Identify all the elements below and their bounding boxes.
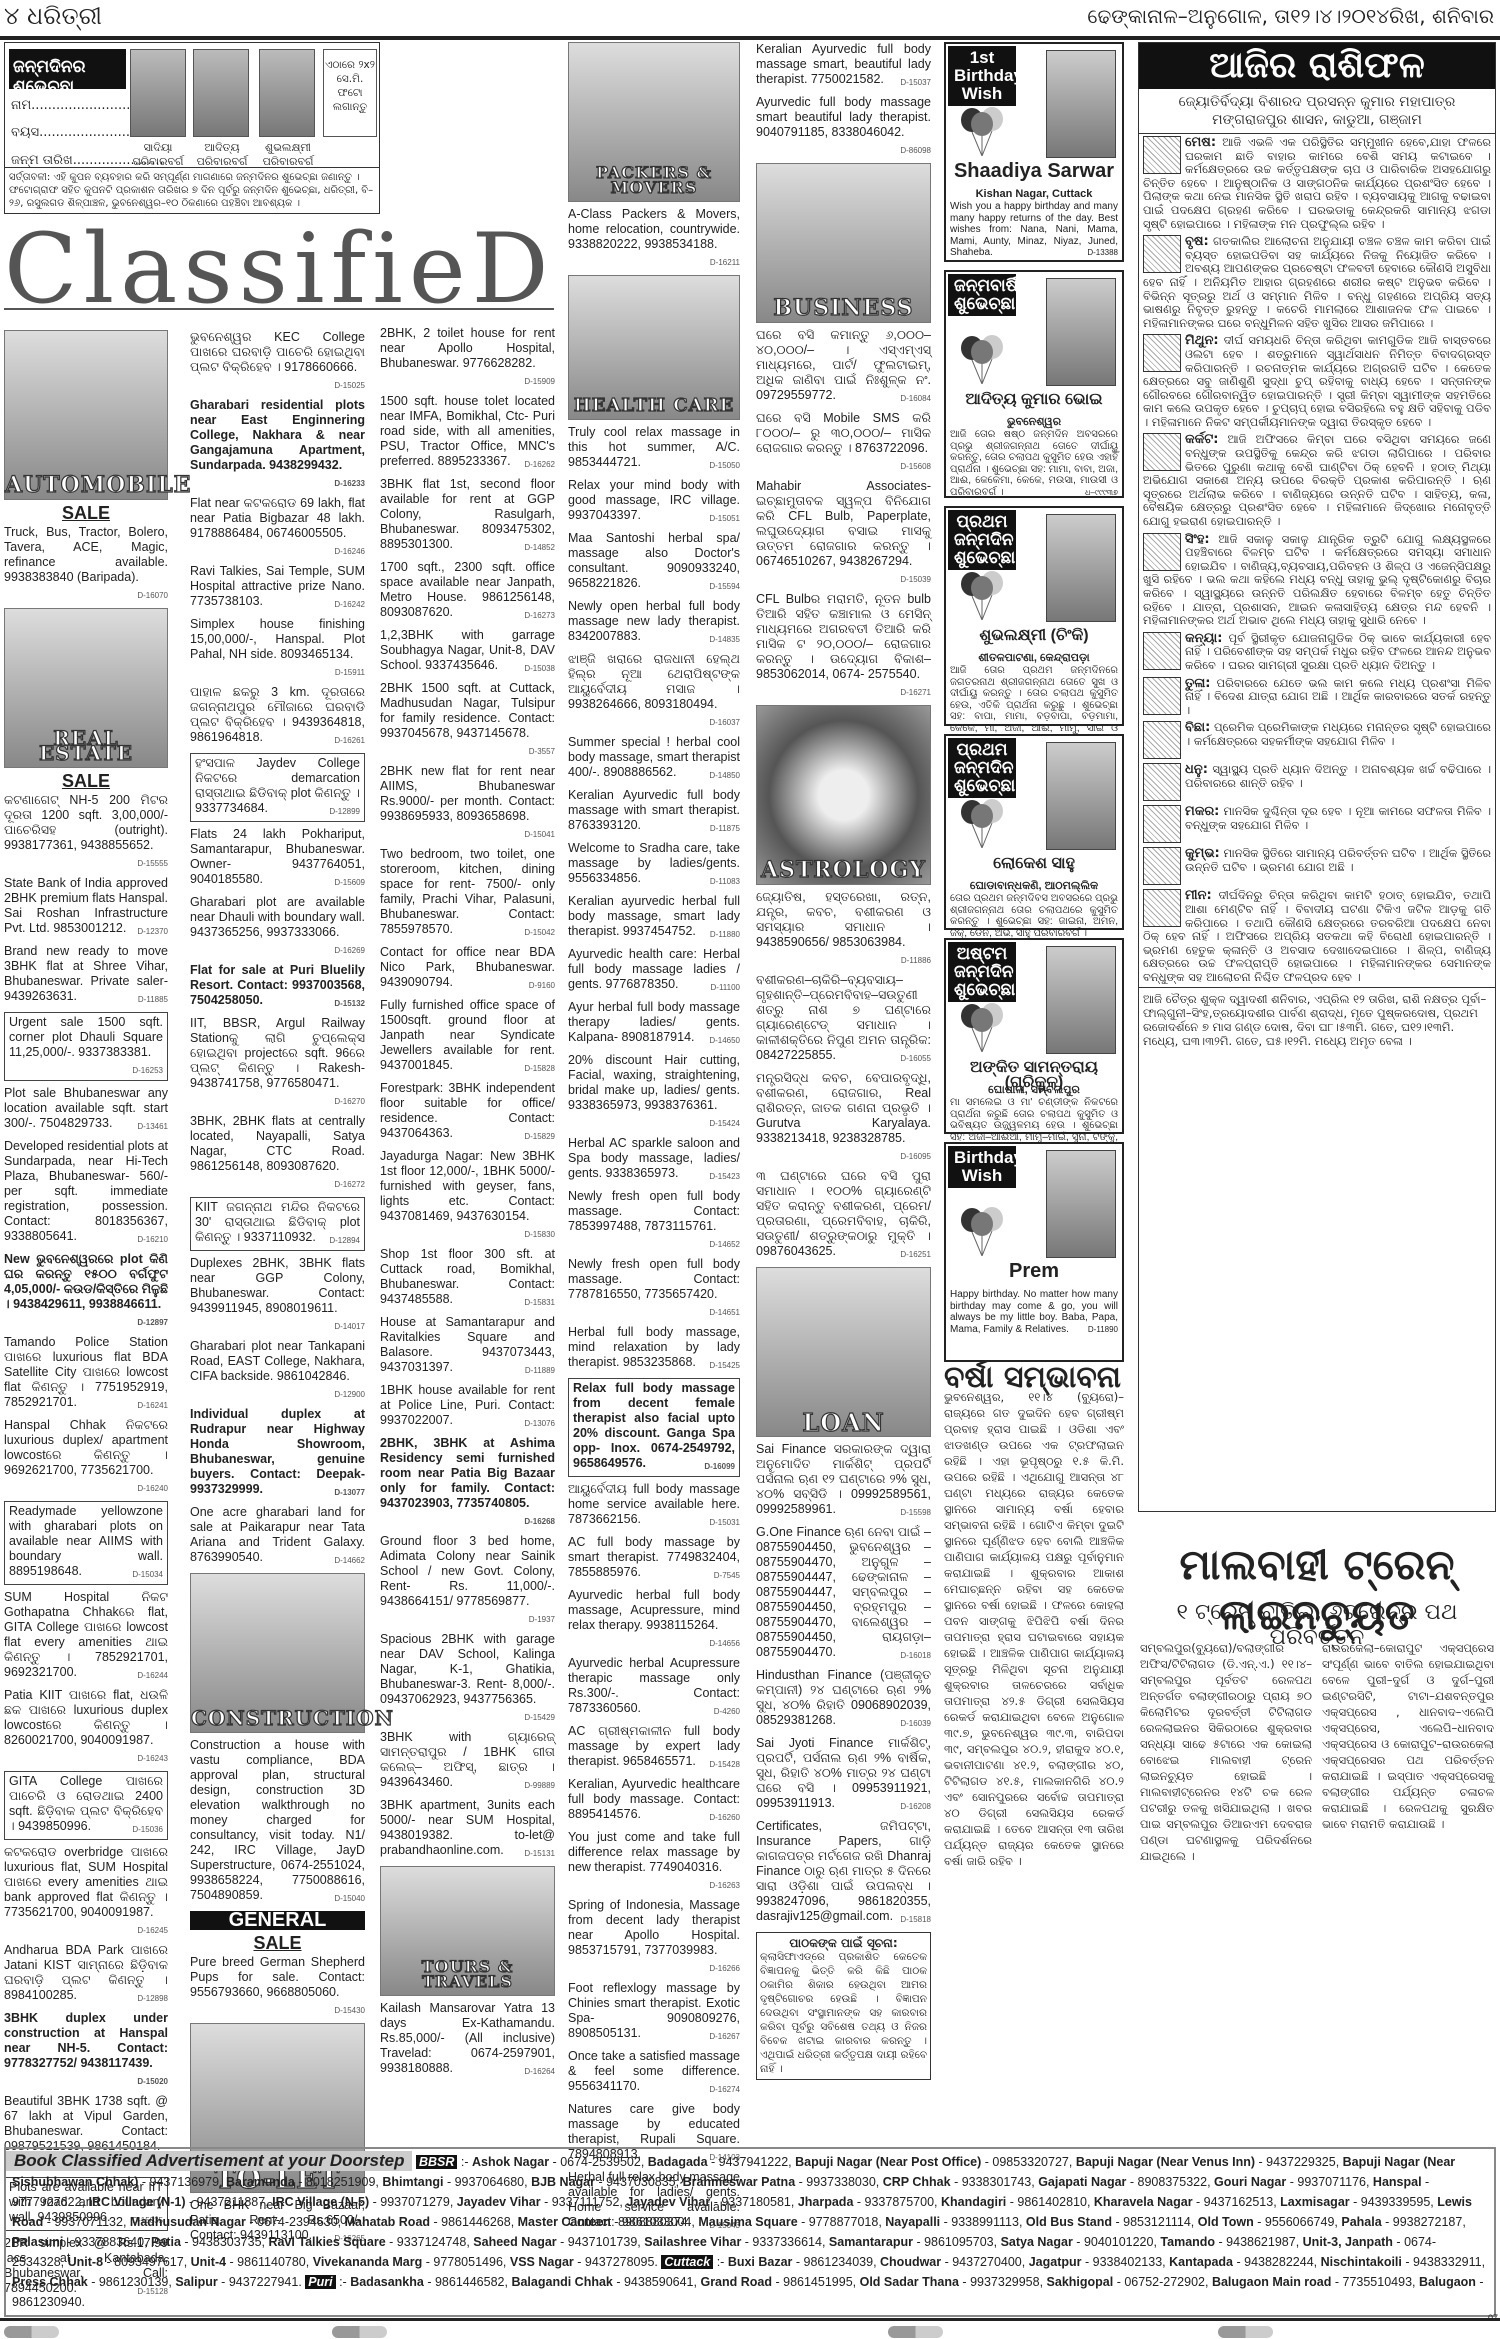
ad-code: D-12370 bbox=[137, 924, 168, 939]
ad-code: D-4260 bbox=[714, 1704, 740, 1719]
registration-mark bbox=[888, 2326, 943, 2338]
zodiac-sign-icon bbox=[1143, 763, 1181, 801]
ad-code: D-13461 bbox=[137, 1119, 168, 1134]
classified-ad: 2BHK 1500 sqft. at Cuttack, Madhusudan N… bbox=[380, 681, 555, 759]
child-photo bbox=[1046, 946, 1116, 1054]
classified-ad: ୩ ଘଣ୍ଟାରେ ଘରେ ବସି ପୁରା ସମାଧାନ । ୧୦୦% ଗ୍ୟ… bbox=[756, 1169, 931, 1262]
ad-code: D-15818 bbox=[900, 1912, 931, 1927]
zodiac-sign-icon bbox=[1143, 889, 1181, 927]
weather-body: ଭୁବନେଶ୍ୱର, ୧୧।୪ (ବ୍ୟୁରୋ)– ରାଜ୍ୟରେ ଗତ ଦୁଇ… bbox=[944, 1389, 1124, 1869]
classified-ad: Pure breed German Shepherd Pups for sale… bbox=[190, 1955, 365, 2018]
classified-ad: New ଭୁବନେଶ୍ୱରରେ plot କିଣି ଘର କରନ୍ତୁ ୧୫୦୦… bbox=[4, 1252, 168, 1330]
wish-tag: ପ୍ରଥମ ଜନ୍ମଦିନ ଶୁଭେଚ୍ଛା bbox=[948, 510, 1016, 570]
real-estate-image: REAL ESTATE bbox=[4, 608, 168, 768]
classified-ad: Truly cool relax massage in this hot sum… bbox=[568, 425, 740, 473]
zodiac-text: ଆଜି ସକାଳୁ ସକାଳୁ ଯାନ୍ତ୍ରିକ ତ୍ରୁଟି ଯୋଗୁ ଲକ… bbox=[1143, 532, 1491, 628]
registration-mark bbox=[4, 2326, 59, 2338]
classified-ad: GITA College ପାଖରେ ପାଚେରି ଓ ରୋଡଥାଇ 2400 … bbox=[4, 1771, 168, 1840]
classified-ad: 3BHK with ଗ୍ୟାରେଜ୍ ସାମନ୍ତରାପୁର / 1BHK ଗୀ… bbox=[380, 1730, 555, 1793]
ad-code: D-15131 bbox=[524, 1846, 555, 1861]
booking-office: Old Sadar Thana - 9937329958, bbox=[860, 2275, 1047, 2289]
ad-code: D-9160 bbox=[529, 978, 555, 993]
ad-code: D-15609 bbox=[334, 875, 365, 890]
child-photo bbox=[1046, 50, 1116, 158]
classified-ad: Ayurvedic health care: Herbal full body … bbox=[568, 947, 740, 995]
classified-ad: ପାହାଳ ଛକରୁ 3 km. ଦୂରତାରେ ଜଗନ୍ନାଥପୁର ମୌଜା… bbox=[190, 685, 365, 748]
child-place: ଘୋଡାବାନ୍ଧକଣି, ଆଠମଲ୍ଲିକ bbox=[946, 879, 1122, 894]
classified-ad: Herbal full body massage, mind relaxatio… bbox=[568, 1325, 740, 1373]
ad-code: D-11083 bbox=[710, 874, 740, 889]
wish-tag: Birthday Wish bbox=[948, 1146, 1016, 1188]
classified-ad: କଟଣାଗେଟ୍ NH-5 200 ମିଟର ଦୂରତା 1200 sqft. … bbox=[4, 793, 168, 871]
ad-code: D-11880 bbox=[710, 927, 740, 942]
ad-code: D-15020 bbox=[137, 2074, 168, 2089]
ad-code: D-15051 bbox=[709, 511, 740, 526]
booking-office: Old Town - 9556066749, bbox=[1198, 2215, 1342, 2229]
booking-office: Mahatab Road - 9861446268, bbox=[345, 2215, 518, 2229]
classified-ad: Construction a house with vastu complian… bbox=[190, 1738, 365, 1906]
zodiac-entry: କର୍କଟ: ଆଜି ଅଫିସରେ କିମ୍ବା ଘରେ ବସିଥିବା ସମୟ… bbox=[1139, 431, 1495, 530]
booking-office: Old Bus Stand - 9853121114, bbox=[1026, 2215, 1198, 2229]
child-photo bbox=[1046, 742, 1116, 850]
registration-mark bbox=[1218, 2326, 1273, 2338]
classified-ad: Keralian, Ayurvedic healthcare full body… bbox=[568, 1777, 740, 1825]
booking-office: VSS Nagar - 9437278095. bbox=[510, 2255, 662, 2269]
wish-tag: ପ୍ରଥମ ଜନ୍ମଦିନ ଶୁଭେଚ୍ଛା bbox=[948, 738, 1016, 798]
booking-office: Nischintakoili - 9438332911, bbox=[1321, 2255, 1485, 2269]
ad-code: D-16273 bbox=[524, 608, 555, 623]
classified-ad: Mahabir Associates- ଇଚ୍ଛାମୁତାବକ ସ୍ୱଳ୍ପ ବ… bbox=[756, 479, 931, 587]
booking-office: Kharavela Nagar - 9437162513, bbox=[1094, 2195, 1280, 2209]
ad-code: D-14850 bbox=[709, 768, 740, 783]
classified-ad: Certificates, ଜମିପଟ୍ଟା, Insurance Papers… bbox=[756, 1819, 931, 1927]
ad-code: D-16253 bbox=[132, 1063, 163, 1078]
booking-office: Khandagiri - 9861402810, bbox=[941, 2195, 1094, 2209]
wish-tag: 1st Birthday Wish bbox=[948, 46, 1016, 106]
ad-code: D-15042 bbox=[524, 925, 555, 940]
wish-message: ଆଜି ତୋର ଷଷ୍ଠ ଜନ୍ମଦିନ ଅବସରରେ ପ୍ରଭୁ ଶ୍ରୀଜଗ… bbox=[950, 429, 1118, 498]
birthday-wish-card: Birthday WishPremHappy birthday. No matt… bbox=[944, 1142, 1124, 1362]
child-name: ଶୁଭଲକ୍ଷ୍ମୀ (ଚିଂକି) bbox=[946, 628, 1122, 643]
loan-label: LOAN bbox=[757, 1415, 930, 1430]
classified-ad: Spacious 2BHK with garage near DAV Schoo… bbox=[380, 1632, 555, 1725]
panchang: ଆଜି ଚୈତ୍ର ଶୁକ୍ଳ ଦ୍ୱାଦଶୀ ଶନିବାର, ଏପ୍ରିଲ ୧… bbox=[1139, 987, 1495, 1052]
ad-code: D-16099 bbox=[704, 1459, 735, 1474]
classified-ad: 2BHK, 2 toilet house for rent near Apoll… bbox=[380, 326, 555, 389]
classified-ad: Truck, Bus, Tractor, Bolero, Tavera, ACE… bbox=[4, 525, 168, 603]
rashifal-author: ଜ୍ୟୋତିର୍ବିଦ୍ୟା ବିଶାରଦ ପ୍ରସନ୍ନ କୁମାର ମହାପ… bbox=[1139, 89, 1495, 134]
booking-office: Jharpada - 9337875700, bbox=[798, 2195, 941, 2209]
booking-office: Madhusudan Nagar - 0674-2394630, bbox=[130, 2215, 345, 2229]
classified-ad: Contact for office near BDA Nico Park, B… bbox=[380, 945, 555, 993]
classified-ad: AC full body massage by smart therapist.… bbox=[568, 1535, 740, 1583]
ad-code: D-14651 bbox=[709, 1305, 740, 1320]
child-name: Prem bbox=[946, 1264, 1122, 1279]
ad-code: D-15829 bbox=[524, 1129, 555, 1144]
city-label: Cuttack bbox=[661, 2255, 713, 2269]
ad-code: D-15828 bbox=[524, 1061, 555, 1076]
ad-code: D-14652 bbox=[709, 1237, 740, 1252]
ad-code: D-16208 bbox=[900, 1799, 931, 1814]
train-news-col-b: ରାଉରକେଲା–କୋରାପୁଟ ଏକ୍ସପ୍ରେସ ସଂପୂର୍ଣ୍ଣ ଭାବ… bbox=[1322, 1640, 1494, 1832]
real-estate-label: REAL ESTATE bbox=[5, 731, 167, 761]
classified-ad: Hanspal Chhak ନିକଟରେ luxurious duplex/ a… bbox=[4, 1418, 168, 1496]
child-place: ଶୀତଳପାଟଣା, କେନ୍ଦ୍ରାପଡ଼ା bbox=[946, 651, 1122, 666]
ad-code: D-16261 bbox=[334, 733, 365, 748]
booking-office: Badasankha - 9861446582, bbox=[350, 2275, 511, 2289]
classified-ad: 1500 sqft. house tolet located near IMFA… bbox=[380, 394, 555, 472]
ad-code: D-16084 bbox=[900, 391, 931, 406]
classified-ad: 3BHK flat 1st, second floor available fo… bbox=[380, 477, 555, 555]
zodiac-sign-icon bbox=[1143, 334, 1181, 372]
ad-code: D-14662 bbox=[334, 1553, 365, 1568]
birthday-wish-card: ପ୍ରଥମ ଜନ୍ମଦିନ ଶୁଭେଚ୍ଛାଲୋକେଶ ସାହୁଘୋଡାବାନ୍… bbox=[944, 734, 1124, 930]
column-health-care: PACKERS & MOVERS A-Class Packers & Mover… bbox=[568, 42, 740, 2238]
ad-code: D-15038 bbox=[524, 661, 555, 676]
reader-notice: ପାଠକଙ୍କ ପାଇଁ ସୂଚନା: କ୍ଲାସିଫାଏଡ୍‌ରେ ପ୍ରକା… bbox=[756, 1932, 931, 2080]
zodiac-text: ଆଜି ଏଭଳି ଏକ ପରିସ୍ଥିତିର ସମ୍ମୁଖୀନ ହେବେ,ଯାହ… bbox=[1143, 135, 1491, 231]
classified-ad: Flat for sale at Puri Bluelily Resort. C… bbox=[190, 963, 365, 1011]
ad-code: D-16243 bbox=[137, 1751, 168, 1766]
ad-code: D-16270 bbox=[334, 1094, 365, 1109]
page-label: ୪ ଧରିତ୍ରୀ bbox=[4, 2, 102, 30]
zodiac-text: ଦୀର୍ଘ ସମୟଧରି ଚିନ୍ତା କରିଥିବା କାମଗୁଡିକ ଆଜି… bbox=[1143, 333, 1491, 429]
construction-image: CONSTRUCTION bbox=[190, 1573, 365, 1733]
booking-office: Pahala - 9938272187, bbox=[1341, 2215, 1465, 2229]
ad-code: D-16274 bbox=[709, 2082, 740, 2097]
classified-ad: Simplex house finishing 15,00,000/-, Han… bbox=[190, 617, 365, 680]
booking-office: Grand Road - 9861451995, bbox=[700, 2275, 859, 2289]
booking-office: Bapuji Nagar (Near Post Office) - 098533… bbox=[795, 2155, 1076, 2169]
ad-code: D-15034 bbox=[132, 1567, 163, 1582]
ad-code: D-15429 bbox=[524, 1710, 555, 1725]
sale-heading: SALE bbox=[4, 774, 168, 789]
classified-ad: Tamando Police Station ପାଖରେ luxurious f… bbox=[4, 1335, 168, 1413]
child-name: ଆଦିତ୍ୟ କୁମାର ଭୋଇ bbox=[946, 392, 1122, 407]
booking-office: Ashok Nagar - 0674-2539502, bbox=[472, 2155, 648, 2169]
booking-office: Balagandi Chhak - 9438590641, bbox=[511, 2275, 700, 2289]
zodiac-text: ଦୀର୍ଘଦିନରୁ ଚିନ୍ତା କରିଥିବା କାମଟି ହଠାତ୍ ହୋ… bbox=[1143, 888, 1491, 984]
classified-ad: 2BHK, 3BHK at Ashima Residency semi furn… bbox=[380, 1436, 555, 1529]
classified-ad: 2BHK new flat for rent near AIIMS, Bhuba… bbox=[380, 764, 555, 842]
booking-office: Bhimtangi - 9937064680, bbox=[382, 2175, 531, 2189]
classified-ad: 3BHK apartment, 3units each 5000/- near … bbox=[380, 1798, 555, 1861]
booking-office: Mausima Square - 9778877018, bbox=[698, 2215, 885, 2229]
booking-office: Palasuni - 9337883640, bbox=[12, 2235, 151, 2249]
balloons-icon bbox=[958, 334, 1008, 384]
ad-code: D-86098 bbox=[900, 143, 931, 158]
classified-ad: Keralian Ayurvedic full body massage sma… bbox=[756, 42, 931, 90]
automobile-label: AUTOMOBILE bbox=[5, 478, 167, 493]
ad-code: D-16268 bbox=[524, 1514, 555, 1529]
booking-footer: Book Classified Advertisement at your Do… bbox=[4, 2147, 1496, 2317]
rashifal-box: ଆଜିର ରାଶିଫଳ ଜ୍ୟୋତିର୍ବିଦ୍ୟା ବିଶାରଦ ପ୍ରସନ୍… bbox=[1138, 42, 1496, 1512]
booking-office: Jayadev Vihar - 9337180581, bbox=[626, 2195, 797, 2209]
birthday-coupon: ଜନ୍ମଦିନର ଶୁଭେଚ୍ଛା ନାମ...................… bbox=[4, 42, 380, 214]
zodiac-entry: ମିଥୁନ: ଦୀର୍ଘ ସମୟଧରି ଚିନ୍ତା କରିଥିବା କାମଗୁ… bbox=[1139, 332, 1495, 431]
train-news-col-a: ସମ୍ବଲପୁର(ବ୍ୟୁରୋ)/ବଲାଙ୍ଗୀର ଅଫିସ/ଟିଟିଲାଗଡ … bbox=[1140, 1640, 1312, 1864]
zodiac-sign-icon bbox=[1143, 235, 1181, 273]
booking-office: Samantarapur - 9861095703, bbox=[829, 2235, 1001, 2249]
caption-name: ଆଦିତ୍ୟ bbox=[189, 141, 255, 155]
balloons-icon bbox=[958, 106, 1008, 156]
bottom-rule bbox=[0, 2318, 1500, 2321]
booking-office: Sakhigopal - 06752-272902, bbox=[1047, 2275, 1212, 2289]
photo-placeholder: ଏଠାରେ ୨x୨ ସେ.ମି. ଫଟୋ ଲଗାନ୍ତୁ bbox=[323, 49, 377, 137]
zodiac-entry: କୁମ୍ଭ: ମାନସିକ ସ୍ଥିତିରେ ସାମାନ୍ୟ ପରିବର୍ତ୍ତ… bbox=[1139, 845, 1495, 887]
zodiac-text: ଗତକାଲିର ଆଲୋଚନା ଅନୁଯାୟୀ ଚଞ୍ଚଳ ଚଞ୍ଚଳ କାମ କ… bbox=[1143, 234, 1491, 330]
classified-ad: Keralian ayurvedic herbal full body mass… bbox=[568, 894, 740, 942]
ad-code: D-15608 bbox=[900, 459, 931, 474]
classified-ad: Herbal AC sparkle saloon and Spa body ma… bbox=[568, 1136, 740, 1184]
packers-movers-label: PACKERS & MOVERS bbox=[569, 165, 739, 195]
ad-code: D-16266 bbox=[709, 1961, 740, 1976]
classified-ad: Gharabari residential plots near East En… bbox=[190, 398, 365, 491]
classified-ad: AC ଗ୍ରୀଷ୍ମକାଳୀନ full body massage by exp… bbox=[568, 1724, 740, 1772]
photo-sadiya bbox=[130, 49, 186, 137]
business-label: BUSINESS bbox=[757, 301, 930, 316]
ad-code: D-16037 bbox=[709, 715, 740, 730]
ad-code: D-11100 bbox=[711, 980, 741, 995]
classified-ad: ଭୁବନେଶ୍ୱର KEC College ପାଖରେ ଘରବାଡ଼ି ପାଚେ… bbox=[190, 330, 365, 393]
ad-code: D-16263 bbox=[709, 1878, 740, 1893]
classified-ad: Brand new ready to move 3BHK flat at Shr… bbox=[4, 944, 168, 1007]
ad-code: D-16269 bbox=[334, 943, 365, 958]
child-photo bbox=[1046, 278, 1116, 386]
masthead-rule bbox=[0, 36, 1500, 40]
classified-ad: Newly open herbal full body massage new … bbox=[568, 599, 740, 647]
balloons-icon bbox=[958, 1002, 1008, 1052]
caption-name: ଶୁଭଲକ୍ଷ୍ମୀ bbox=[255, 141, 321, 155]
classified-ad: ଆୟୁର୍ବେଦୀୟ full body massage home servic… bbox=[568, 1482, 740, 1530]
weather-headline: ବର୍ଷା ସମ୍ଭାବନା bbox=[944, 1370, 1124, 1385]
ad-code: D-11886 bbox=[901, 953, 931, 968]
ad-code: D-3557 bbox=[529, 744, 555, 759]
booking-office: Salipur - 9437227941. bbox=[175, 2275, 305, 2289]
classified-ad: House at Samantarapur and Ravitalkies Sq… bbox=[380, 1315, 555, 1378]
ad-code: D-12899 bbox=[329, 804, 360, 819]
ad-code: D-15031 bbox=[709, 1515, 740, 1530]
booking-office: Choudwar - 9437270400, bbox=[880, 2255, 1029, 2269]
ad-code: D-15911 bbox=[335, 665, 365, 680]
booking-office: Badagada - 9437941222, bbox=[648, 2155, 795, 2169]
classified-ad: Plot sale Bhubaneswar any location avail… bbox=[4, 1086, 168, 1134]
ad-code: D-16055 bbox=[900, 1051, 931, 1066]
general-heading: GENERAL bbox=[190, 1911, 365, 1930]
ad-code: D-13076 bbox=[524, 1416, 555, 1431]
booking-office: Kantapada - 9438282244, bbox=[1169, 2255, 1321, 2269]
ad-code: D-16246 bbox=[334, 544, 365, 559]
classified-ad: Relax your mind body with good massage, … bbox=[568, 478, 740, 526]
ad-code: D-11875 bbox=[710, 821, 740, 836]
astrology-label: ASTROLOGY bbox=[757, 863, 930, 878]
classified-ad: Gharabari plot near Tankapani Road, EAST… bbox=[190, 1339, 365, 1402]
ad-code: D-16245 bbox=[137, 1923, 168, 1938]
classified-ad: Ayurvedic full body massage smart beauti… bbox=[756, 95, 931, 158]
booking-office: BJB Nagar - 9437030835, bbox=[531, 2175, 683, 2189]
zodiac-entry: ମକର: ମାନସିକ ଦୁଶ୍ଚିନ୍ତା ଦୂର ହେବ । ନୂଆ କାମ… bbox=[1139, 803, 1495, 845]
booking-office: Sailashree Vihar - 9337336614, bbox=[644, 2235, 829, 2249]
ad-code: D-11889 bbox=[525, 1363, 555, 1378]
booking-office: Satya Nagar - 9040101220, bbox=[1001, 2235, 1161, 2249]
booking-office: Buxi Bazar - 9861234039, bbox=[728, 2255, 880, 2269]
booking-office: Bapuji Nagar (Near Venus Inn) - 94372293… bbox=[1076, 2155, 1343, 2169]
balloons-icon bbox=[958, 570, 1008, 620]
column-birthday-wishes: 1st Birthday WishShaadiya SarwarKishan N… bbox=[944, 42, 1124, 1869]
city-label: BBSR bbox=[416, 2155, 457, 2169]
classified-ad: Newly fresh open full body massage. Cont… bbox=[568, 1189, 740, 1252]
page-number: 07 bbox=[1488, 2313, 1498, 2323]
classified-ad: Patia KIIT ପାଖରେ flat, ଧଉଳି ଛକ ପାଖରେ lux… bbox=[4, 1688, 168, 1766]
classified-ad: Gharabari plot are available near Dhauli… bbox=[190, 895, 365, 958]
classified-ad: ଘରେ ବସି Mobile SMS କରି ୮୦୦୦/– ରୁ ୩୦,୦୦୦/… bbox=[756, 411, 931, 474]
child-place: ଘୋଷାଳା, ସମ୍ବଲପୁର bbox=[946, 1083, 1122, 1098]
zodiac-text: ମାନସିକ ଦୁଶ୍ଚିନ୍ତା ଦୂର ହେବ । ନୂଆ କାମରେ ସଫ… bbox=[1185, 804, 1491, 832]
birthday-wish-card: ଅଷ୍ଟମ ଜନ୍ମଦିନ ଶୁଭେଚ୍ଛାଅଙ୍କିତ ସାମନ୍ତରାୟ (… bbox=[944, 938, 1124, 1134]
classified-ad: G.One Finance ଋଣ ନେବା ପାଇଁ – 08755904450… bbox=[756, 1525, 931, 1663]
classified-ad: ବଶୀକରଣ–ଚାକିରି–ବ୍ୟବସାୟ–ଗୃହଶାନ୍ତି–ପ୍ରେମବିବ… bbox=[756, 973, 931, 1066]
classified-ad: ଘରେ ବସି କମାନ୍ତୁ ୬,୦୦୦–୪୦,୦୦୦/– । ଏସ୍‌ଏମ୍… bbox=[756, 328, 931, 406]
classified-ad: Two bedroom, two toilet, one storeroom, … bbox=[380, 847, 555, 940]
ad-code: D-12900 bbox=[334, 1387, 365, 1402]
ad-code: D-99889 bbox=[524, 1778, 555, 1793]
booking-office: Unit-8 - 8093497617, bbox=[68, 2255, 191, 2269]
ad-code: D-15909 bbox=[524, 374, 555, 389]
ad-code: D-16095 bbox=[900, 1149, 931, 1164]
ad-code: D-16260 bbox=[709, 1810, 740, 1825]
classified-ad: Forestpark: 3BHK independent floor suita… bbox=[380, 1081, 555, 1144]
classified-ad: Foot reflexlogy massage by Chinies smart… bbox=[568, 1981, 740, 2044]
column-realestate-2: ଭୁବନେଶ୍ୱର KEC College ପାଖରେ ଘରବାଡ଼ି ପାଚେ… bbox=[190, 330, 365, 2251]
loan-image: LOAN bbox=[756, 1267, 931, 1437]
zodiac-sign-icon bbox=[1143, 721, 1181, 759]
tours-travels-label: TOURS & TRAVELS bbox=[381, 1959, 554, 1989]
ad-code: D-14656 bbox=[709, 1636, 740, 1651]
classified-ad: Urgent sale 1500 sqft. corner plot Dhaul… bbox=[4, 1012, 168, 1081]
zodiac-entry: ମେଷ: ଆଜି ଏଭଳି ଏକ ପରିସ୍ଥିତିର ସମ୍ମୁଖୀନ ହେବ… bbox=[1139, 134, 1495, 233]
classified-ad: KIIT ଜଗନ୍ନାଥ ମନ୍ଦିର ନିକଟରେ 30' ରାସ୍ତାଥାଇ… bbox=[190, 1197, 365, 1251]
classified-ad: ମନ୍ତ୍ରସିଦ୍ଧ କବଚ, ବେପାରବୃଦ୍ଧି, ବଶୀକରଣ, ରୋ… bbox=[756, 1071, 931, 1164]
classified-ad: Ravi Talkies, Sai Temple, SUM Hospital a… bbox=[190, 564, 365, 612]
child-photo bbox=[1046, 1150, 1116, 1258]
edition-date: ଢେଙ୍କାନାଳ–ଅନୁଗୋଳ, ତା୧୨।୪।୨୦୧୪ରିଖ, ଶନିବାର bbox=[1087, 4, 1494, 28]
classified-ad: State Bank of India approved 2BHK premiu… bbox=[4, 876, 168, 939]
zodiac-entry: ସିଂହ: ଆଜି ସକାଳୁ ସକାଳୁ ଯାନ୍ତ୍ରିକ ତ୍ରୁଟି ଯ… bbox=[1139, 531, 1495, 630]
column-automobile-realestate: AUTOMOBILE SALE Truck, Bus, Tractor, Bol… bbox=[4, 330, 168, 2304]
ad-code: D-15428 bbox=[709, 1757, 740, 1772]
classified-ad: Developed residential plots at Sundarpad… bbox=[4, 1139, 168, 1247]
ad-code: D-16242 bbox=[334, 597, 365, 612]
classified-ad: ହଂସପାଳ Jaydev College ନିକଟରେ demarcation… bbox=[190, 753, 365, 822]
wish-tag: ଜନ୍ମବାର୍ଷିକ ଶୁଭେଚ୍ଛା bbox=[948, 274, 1016, 316]
ad-code: D-16210 bbox=[137, 1232, 168, 1247]
ad-code: D-15041 bbox=[524, 827, 555, 842]
ad-code: D-15025 bbox=[334, 378, 365, 393]
sale-heading: SALE bbox=[190, 1936, 365, 1951]
registration-mark bbox=[332, 2326, 387, 2338]
booking-office: Jagatpur - 9338402133, bbox=[1029, 2255, 1169, 2269]
rashifal-title: ଆଜିର ରାଶିଫଳ bbox=[1139, 43, 1495, 89]
zodiac-text: ପ୍ରେମିକ ପ୍ରେମିକାଙ୍କ ମଧ୍ୟରେ ମନାନ୍ତର ସୃଷ୍ଟ… bbox=[1185, 720, 1491, 748]
ad-code: D-15424 bbox=[709, 1116, 740, 1131]
classified-banner: ClassifieD bbox=[4, 222, 554, 317]
zodiac-sign-icon bbox=[1143, 847, 1181, 885]
ad-code: D-15594 bbox=[709, 579, 740, 594]
ad-code: D-15555 bbox=[137, 856, 168, 871]
booking-office: Tamando - 9438621987, bbox=[1160, 2235, 1302, 2249]
zodiac-entry: ମୀନ: ଦୀର୍ଘଦିନରୁ ଚିନ୍ତା କରିଥିବା କାମଟି ହଠା… bbox=[1139, 887, 1495, 986]
wish-tag: ଅଷ୍ଟମ ଜନ୍ମଦିନ ଶୁଭେଚ୍ଛା bbox=[948, 942, 1016, 1002]
classified-ad: Jayadurga Nagar: New 3BHK 1st floor 12,0… bbox=[380, 1149, 555, 1242]
ad-code: D-16018 bbox=[900, 1648, 931, 1663]
zodiac-sign-icon bbox=[1143, 433, 1181, 471]
footer-title: Book Classified Advertisement at your Do… bbox=[6, 2151, 412, 2171]
classified-ad: You just come and take full difference r… bbox=[568, 1830, 740, 1893]
classified-ad: Andharua BDA Park ପାଖରେ Jatani KIST ସାମ୍… bbox=[4, 1943, 168, 2006]
child-name: Shaadiya Sarwar bbox=[946, 164, 1122, 179]
classified-ad: Shop 1st floor 300 sft. at Cuttack road,… bbox=[380, 1247, 555, 1310]
ad-code: D-11885 bbox=[138, 992, 168, 1007]
classified-ad: 3BHK, 2BHK flats at centrally located, N… bbox=[190, 1114, 365, 1192]
classified-ad: ଝାଞ୍ଜି ଖରାରେ ରାଜଧାନୀ ହେଲ୍ଥ ହିଲ୍‌ର ନୂଆ ଥେ… bbox=[568, 652, 740, 730]
classified-ad: Duplexes 2BHK, 3BHK flats near GGP Colon… bbox=[190, 1256, 365, 1334]
birthday-wish-card: ପ୍ରଥମ ଜନ୍ମଦିନ ଶୁଭେଚ୍ଛାଶୁଭଲକ୍ଷ୍ମୀ (ଚିଂକି)… bbox=[944, 506, 1124, 726]
classified-ad: କଟକରୋଡ overbridge ପାଖରେ luxurious flat, … bbox=[4, 1845, 168, 1938]
booking-office: Jayadev Vihar - 9337111752, bbox=[457, 2195, 627, 2209]
ad-code: D-15036 bbox=[132, 1822, 163, 1837]
notice-title: ପାଠକଙ୍କ ପାଇଁ ସୂଚନା: bbox=[760, 1936, 927, 1950]
ad-code: D-15050 bbox=[709, 458, 740, 473]
booking-office: Ravi Talkies Square - 9337124748, bbox=[269, 2235, 474, 2249]
booking-office: Saheed Nagar - 9437101739, bbox=[473, 2235, 644, 2249]
zodiac-sign-icon bbox=[1143, 632, 1181, 670]
coupon-terms: ସର୍ତ୍ତାବଳୀ: ଏହି କୁପନ ବ୍ୟବହାର କରି ସମ୍ପୂର୍… bbox=[5, 167, 379, 213]
zodiac-sign-icon bbox=[1143, 533, 1181, 571]
classified-ad: Ayurvedic herbal full body massage, Acup… bbox=[568, 1588, 740, 1651]
zodiac-entry: ଧନୁ: ସ୍ୱାସ୍ଥ୍ୟ ପ୍ରତି ଧ୍ୟାନ ଦିଅନ୍ତୁ । ଅନା… bbox=[1139, 761, 1495, 803]
booking-office: Gajapati Nagar - 8908375322, bbox=[1038, 2175, 1214, 2189]
balloons-icon bbox=[958, 1206, 1008, 1256]
classified-ad: CFL Bulbର ମରାମତି, ନୂତନ bulb ତିଆରି ସହିତ କ… bbox=[756, 592, 931, 700]
classified-ad: Readymade yellowzone with gharabari plot… bbox=[4, 1501, 168, 1585]
ad-code: D-14017 bbox=[334, 1319, 365, 1334]
notice-text: କ୍ଲାସିଫାଏଡ୍‌ରେ ପ୍ରକାଶିତ କେତେକ ବିଜ୍ଞାପନକୁ… bbox=[760, 1950, 927, 2076]
classified-ad: 1,2,3BHK with garrage Soubhagya Nagar, U… bbox=[380, 628, 555, 676]
ad-code: D-15037 bbox=[900, 75, 931, 90]
zodiac-entry: କନ୍ୟା: ପୂର୍ବ ସ୍ଥିରୀକୃତ ଯୋଜନାଗୁଡିକ ଠିକ୍ ଭ… bbox=[1139, 630, 1495, 675]
classified-ad: ଜ୍ୟୋତିଷ, ହସ୍ତରେଖା, ରତ୍ନ, ଯନ୍ତ୍ର, କବଚ, ବଶ… bbox=[756, 890, 931, 968]
ad-code: D-14650 bbox=[709, 1033, 740, 1048]
photo-subhalaxmi bbox=[259, 49, 315, 137]
ad-code: D-1937 bbox=[529, 1612, 555, 1627]
city-label: Puri bbox=[305, 2275, 335, 2289]
booking-office: Unit-4 - 9861140780, bbox=[191, 2255, 313, 2269]
ad-code: D-7545 bbox=[714, 1568, 740, 1583]
zodiac-sign-icon bbox=[1143, 805, 1181, 843]
column-to-let: 2BHK, 2 toilet house for rent near Apoll… bbox=[380, 326, 555, 2084]
classified-ad: Maa Santoshi herbal spa/ massage also Do… bbox=[568, 531, 740, 594]
booking-office: IRC Village (N-1) - 9437211887, bbox=[88, 2195, 272, 2209]
ad-code: D-15831 bbox=[524, 1295, 555, 1310]
ad-code: D-12897 bbox=[137, 1315, 168, 1330]
balloons-icon bbox=[958, 798, 1008, 848]
health-care-label: HEALTH CARE bbox=[569, 398, 739, 413]
booking-office: Press Chhak - 9861230139, bbox=[12, 2275, 175, 2289]
classified-ad: Flats 24 lakh Pokhariput, Samantarapur, … bbox=[190, 827, 365, 890]
ad-code: D-15598 bbox=[900, 1505, 931, 1520]
ad-code: D-16240 bbox=[137, 1481, 168, 1496]
classified-ad: Individual duplex at Rudrapur near Highw… bbox=[190, 1407, 365, 1500]
